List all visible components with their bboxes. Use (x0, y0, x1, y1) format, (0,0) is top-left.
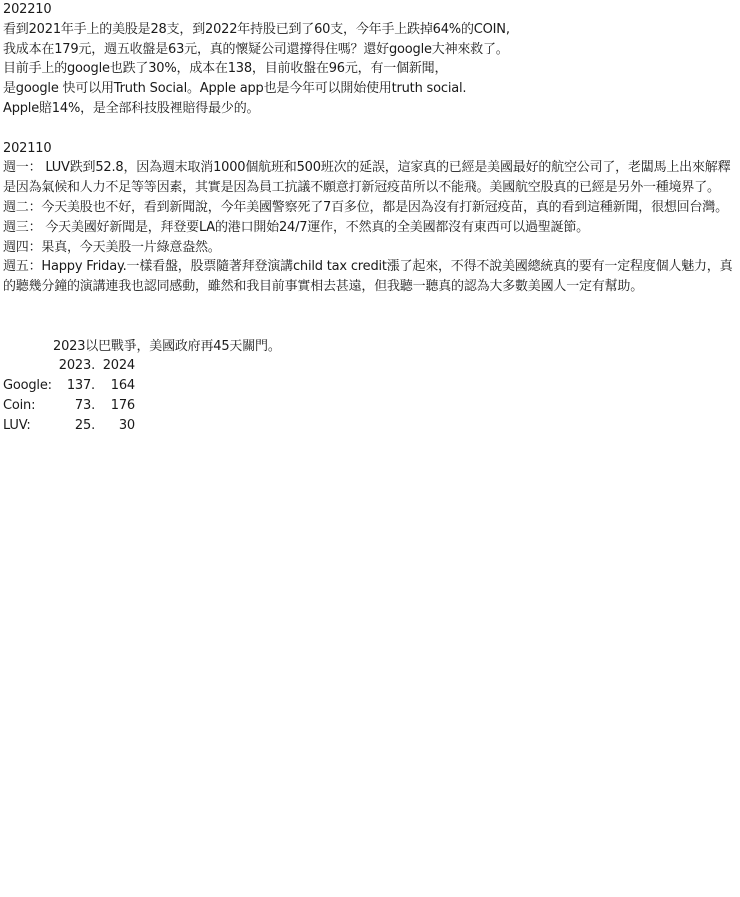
entry-text: 果真，今天美股一片綠意盎然。 (41, 240, 220, 255)
entry-text: 今天美國好新聞是，拜登要LA的港口開始24/7運作，不然真的全美國都沒有東西可以… (41, 220, 589, 235)
section-2022-line: 是google 快可以用Truth Social。Apple app也是今年可以… (3, 79, 738, 99)
table-header-row: 2023. 2024 (3, 356, 738, 376)
ticker-label: Google: (3, 376, 52, 396)
price-comparison-table: 2023. 2024 Google: 137. 164 Coin: 73. 17… (3, 356, 738, 435)
entry-monday: 週一： LUV跌到52.8，因為週末取消1000個航班和500班次的延誤，這家真… (3, 158, 738, 198)
entry-day-label: 週五： (3, 259, 41, 274)
price-2024: 176 (99, 396, 135, 416)
entry-wednesday: 週三： 今天美國好新聞是，拜登要LA的港口開始24/7運作，不然真的全美國都沒有… (3, 218, 738, 238)
table-header-2023: 2023. (55, 356, 95, 376)
section-2022-line: 看到2021年手上的美股是28支，到2022年持股已到了60支，今年手上跌掉64… (3, 20, 738, 40)
section-2022-line: 目前手上的google也跌了30%，成本在138，目前收盤在96元，有一個新聞， (3, 59, 738, 79)
table-header-2024: 2024 (99, 356, 135, 376)
price-2023: 25. (55, 416, 95, 436)
ticker-label: Coin: (3, 396, 35, 416)
section-2022-heading: 202210 (3, 0, 738, 20)
entry-text: 今天美股也不好，看到新聞說，今年美國警察死了7百多位，都是因為沒有打新冠疫苗，真… (41, 200, 727, 215)
entry-text: LUV跌到52.8，因為週末取消1000個航班和500班次的延誤，這家真的已經是… (3, 160, 730, 195)
ticker-label: LUV: (3, 416, 31, 436)
table-row: LUV: 25. 30 (3, 416, 738, 436)
note-document: 202210 看到2021年手上的美股是28支，到2022年持股已到了60支，今… (3, 0, 738, 436)
section-2022-line: Apple賠14%，是全部科技股裡賠得最少的。 (3, 99, 738, 119)
entry-day-label: 週四： (3, 240, 41, 255)
price-2024: 30 (99, 416, 135, 436)
price-2023: 73. (55, 396, 95, 416)
entry-friday: 週五：Happy Friday.一樣看盤，股票隨著拜登演講child tax c… (3, 257, 738, 297)
section-2023-note: 2023以巴戰爭，美國政府再45天關門。 (3, 337, 738, 357)
entry-thursday: 週四：果真，今天美股一片綠意盎然。 (3, 238, 738, 258)
spacer (3, 119, 738, 139)
entry-text: Happy Friday.一樣看盤，股票隨著拜登演講child tax cred… (3, 259, 732, 294)
entry-day-label: 週二： (3, 200, 41, 215)
entry-day-label: 週三： (3, 220, 41, 235)
table-row: Google: 137. 164 (3, 376, 738, 396)
entry-tuesday: 週二：今天美股也不好，看到新聞說，今年美國警察死了7百多位，都是因為沒有打新冠疫… (3, 198, 738, 218)
table-row: Coin: 73. 176 (3, 396, 738, 416)
spacer (3, 317, 738, 337)
entry-day-label: 週一： (3, 160, 41, 175)
section-2021-heading: 202110 (3, 139, 738, 159)
section-2022-line: 我成本在179元，週五收盤是63元，真的懷疑公司還撐得住嗎？還好google大神… (3, 40, 738, 60)
price-2023: 137. (55, 376, 95, 396)
spacer (3, 297, 738, 317)
price-2024: 164 (99, 376, 135, 396)
